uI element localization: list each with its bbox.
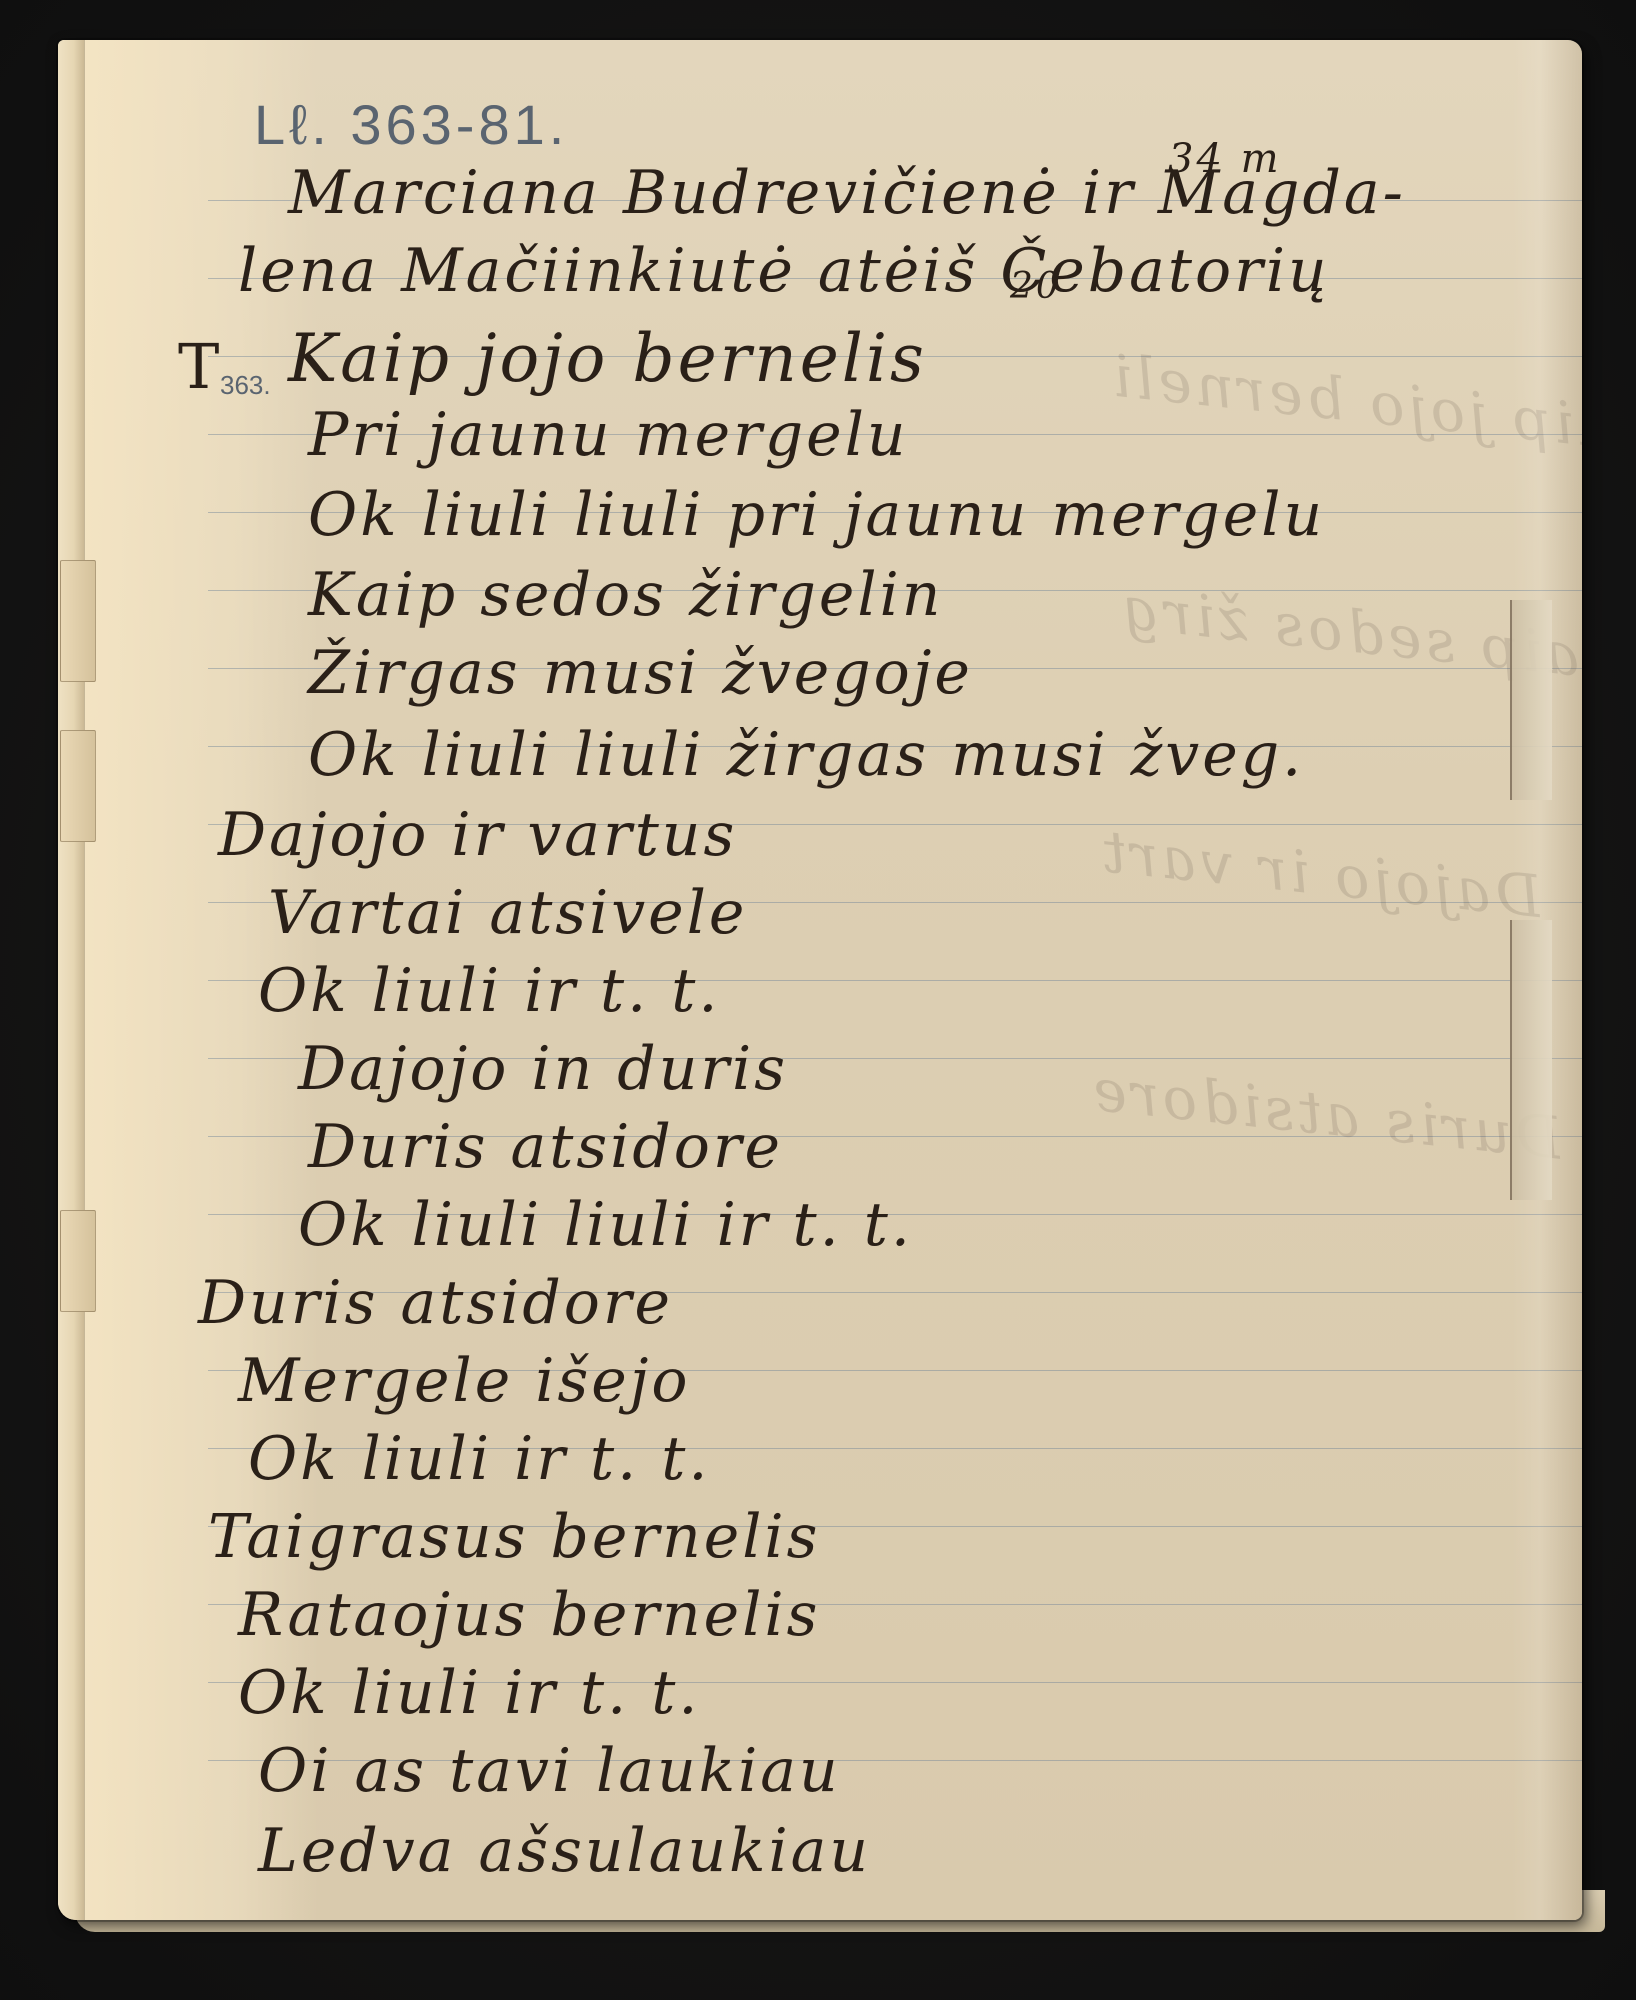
song-line: Ledva ašsulaukiau <box>258 1816 871 1886</box>
header-line-2: lena Mačiinkiutė atėiš Čebatorių <box>238 236 1330 306</box>
song-line: Kaip jojo bernelis <box>288 320 927 397</box>
bleed-through-text: Kaip jojo berneli <box>1106 341 1582 466</box>
song-line: Duris atsidore <box>198 1268 673 1338</box>
binding-tab <box>60 730 96 842</box>
song-line: Taigrasus bernelis <box>208 1502 820 1572</box>
binding-spine <box>58 40 85 1920</box>
margin-number: 363. <box>220 370 271 401</box>
song-line: Rataojus bernelis <box>238 1580 820 1650</box>
margin-mark: T <box>178 330 222 403</box>
bleed-through-text: Duris atsidore <box>1086 1055 1565 1172</box>
page-tear <box>1510 600 1552 800</box>
song-line: Mergele išejo <box>238 1346 691 1416</box>
header-line-1: Marciana Budrevičienė ir Magda- <box>288 158 1406 228</box>
song-line: Dajojo ir vartus <box>218 800 737 870</box>
song-line: Duris atsidore <box>308 1112 783 1182</box>
song-line: Ok liuli ir t. t. <box>248 1424 710 1494</box>
song-line: Oi as tavi laukiau <box>258 1736 841 1806</box>
page-tear <box>1510 920 1552 1200</box>
song-line: Žirgas musi žvegoje <box>308 638 973 708</box>
song-line: Ok liuli liuli žirgas musi žveg. <box>308 720 1304 790</box>
notebook-page: Kaip jojo berneli Kaip sedos žirg Dajojo… <box>58 40 1582 1920</box>
song-line: Dajojo in duris <box>298 1034 788 1104</box>
song-line: Ok liuli liuli pri jaunu mergelu <box>308 480 1325 550</box>
archive-code: Lℓ. 363-81. <box>254 92 568 157</box>
song-line: Pri jaunu mergelu <box>308 400 909 470</box>
song-line: Vartai atsivele <box>268 878 747 948</box>
song-line: Kaip sedos žirgelin <box>308 560 943 630</box>
song-line: Ok liuli liuli ir t. t. <box>298 1190 913 1260</box>
song-line: Ok liuli ir t. t. <box>238 1658 700 1728</box>
bleed-through-text: Dajojo ir vart <box>1096 817 1545 931</box>
binding-tab <box>60 560 96 682</box>
song-line: Ok liuli ir t. t. <box>258 956 720 1026</box>
binding-tab <box>60 1210 96 1312</box>
